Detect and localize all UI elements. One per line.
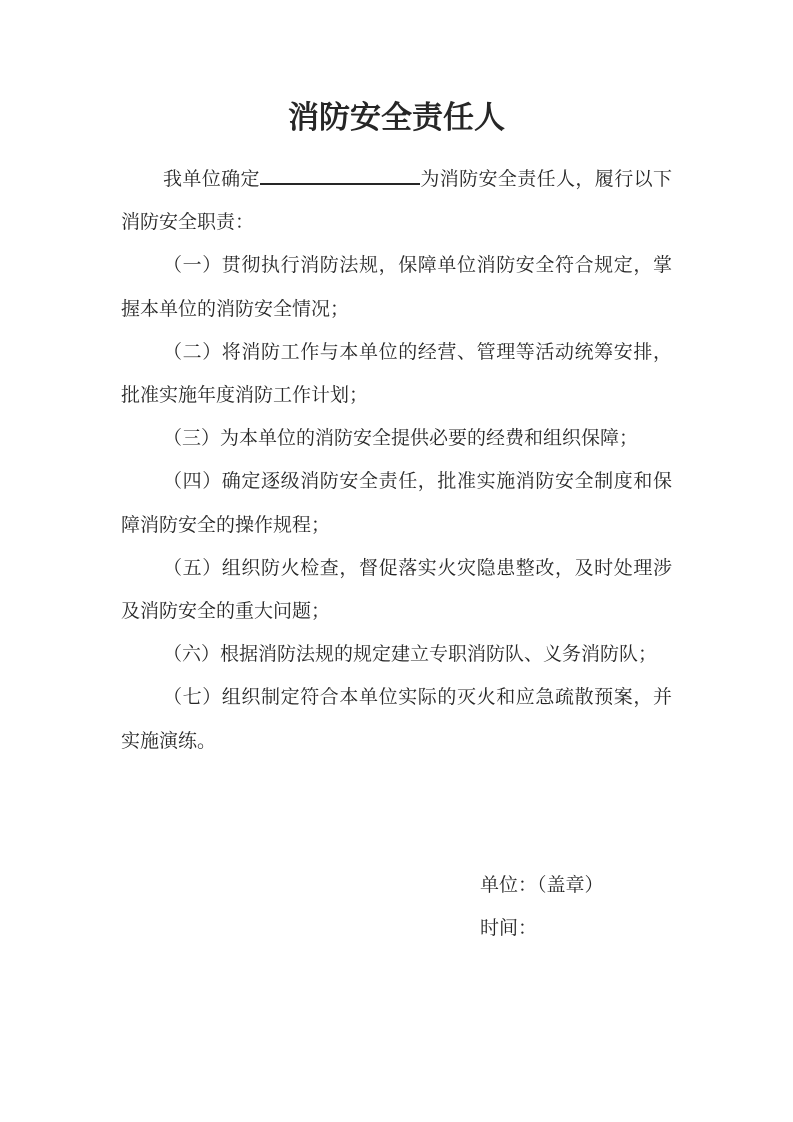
document-page: 消防安全责任人 我单位确定为消防安全责任人，履行以下消防安全职责： （一）贯彻执… — [0, 0, 793, 1122]
signature-unit-line: 单位：（盖章） — [480, 864, 672, 907]
duty-item-7: （七）组织制定符合本单位实际的灭火和应急疏散预案，并实施演练。 — [121, 676, 672, 762]
duty-item-6: （六）根据消防法规的规定建立专职消防队、义务消防队； — [121, 633, 672, 676]
intro-paragraph: 我单位确定为消防安全责任人，履行以下消防安全职责： — [121, 158, 672, 244]
intro-lead-text: 我单位确定 — [163, 169, 260, 190]
document-title: 消防安全责任人 — [121, 96, 672, 140]
duty-item-1: （一）贯彻执行消防法规，保障单位消防安全符合规定，掌握本单位的消防安全情况； — [121, 244, 672, 330]
signature-time-line: 时间： — [480, 907, 672, 950]
duty-item-3: （三）为本单位的消防安全提供必要的经费和组织保障； — [121, 417, 672, 460]
unit-name-blank-field[interactable] — [260, 164, 420, 185]
duty-item-5: （五）组织防火检查，督促落实火灾隐患整改，及时处理涉及消防安全的重大问题； — [121, 547, 672, 633]
signature-block: 单位：（盖章） 时间： — [480, 864, 672, 950]
duty-item-4: （四）确定逐级消防安全责任，批准实施消防安全制度和保障消防安全的操作规程； — [121, 460, 672, 546]
duty-item-2: （二）将消防工作与本单位的经营、管理等活动统筹安排，批准实施年度消防工作计划； — [121, 331, 672, 417]
